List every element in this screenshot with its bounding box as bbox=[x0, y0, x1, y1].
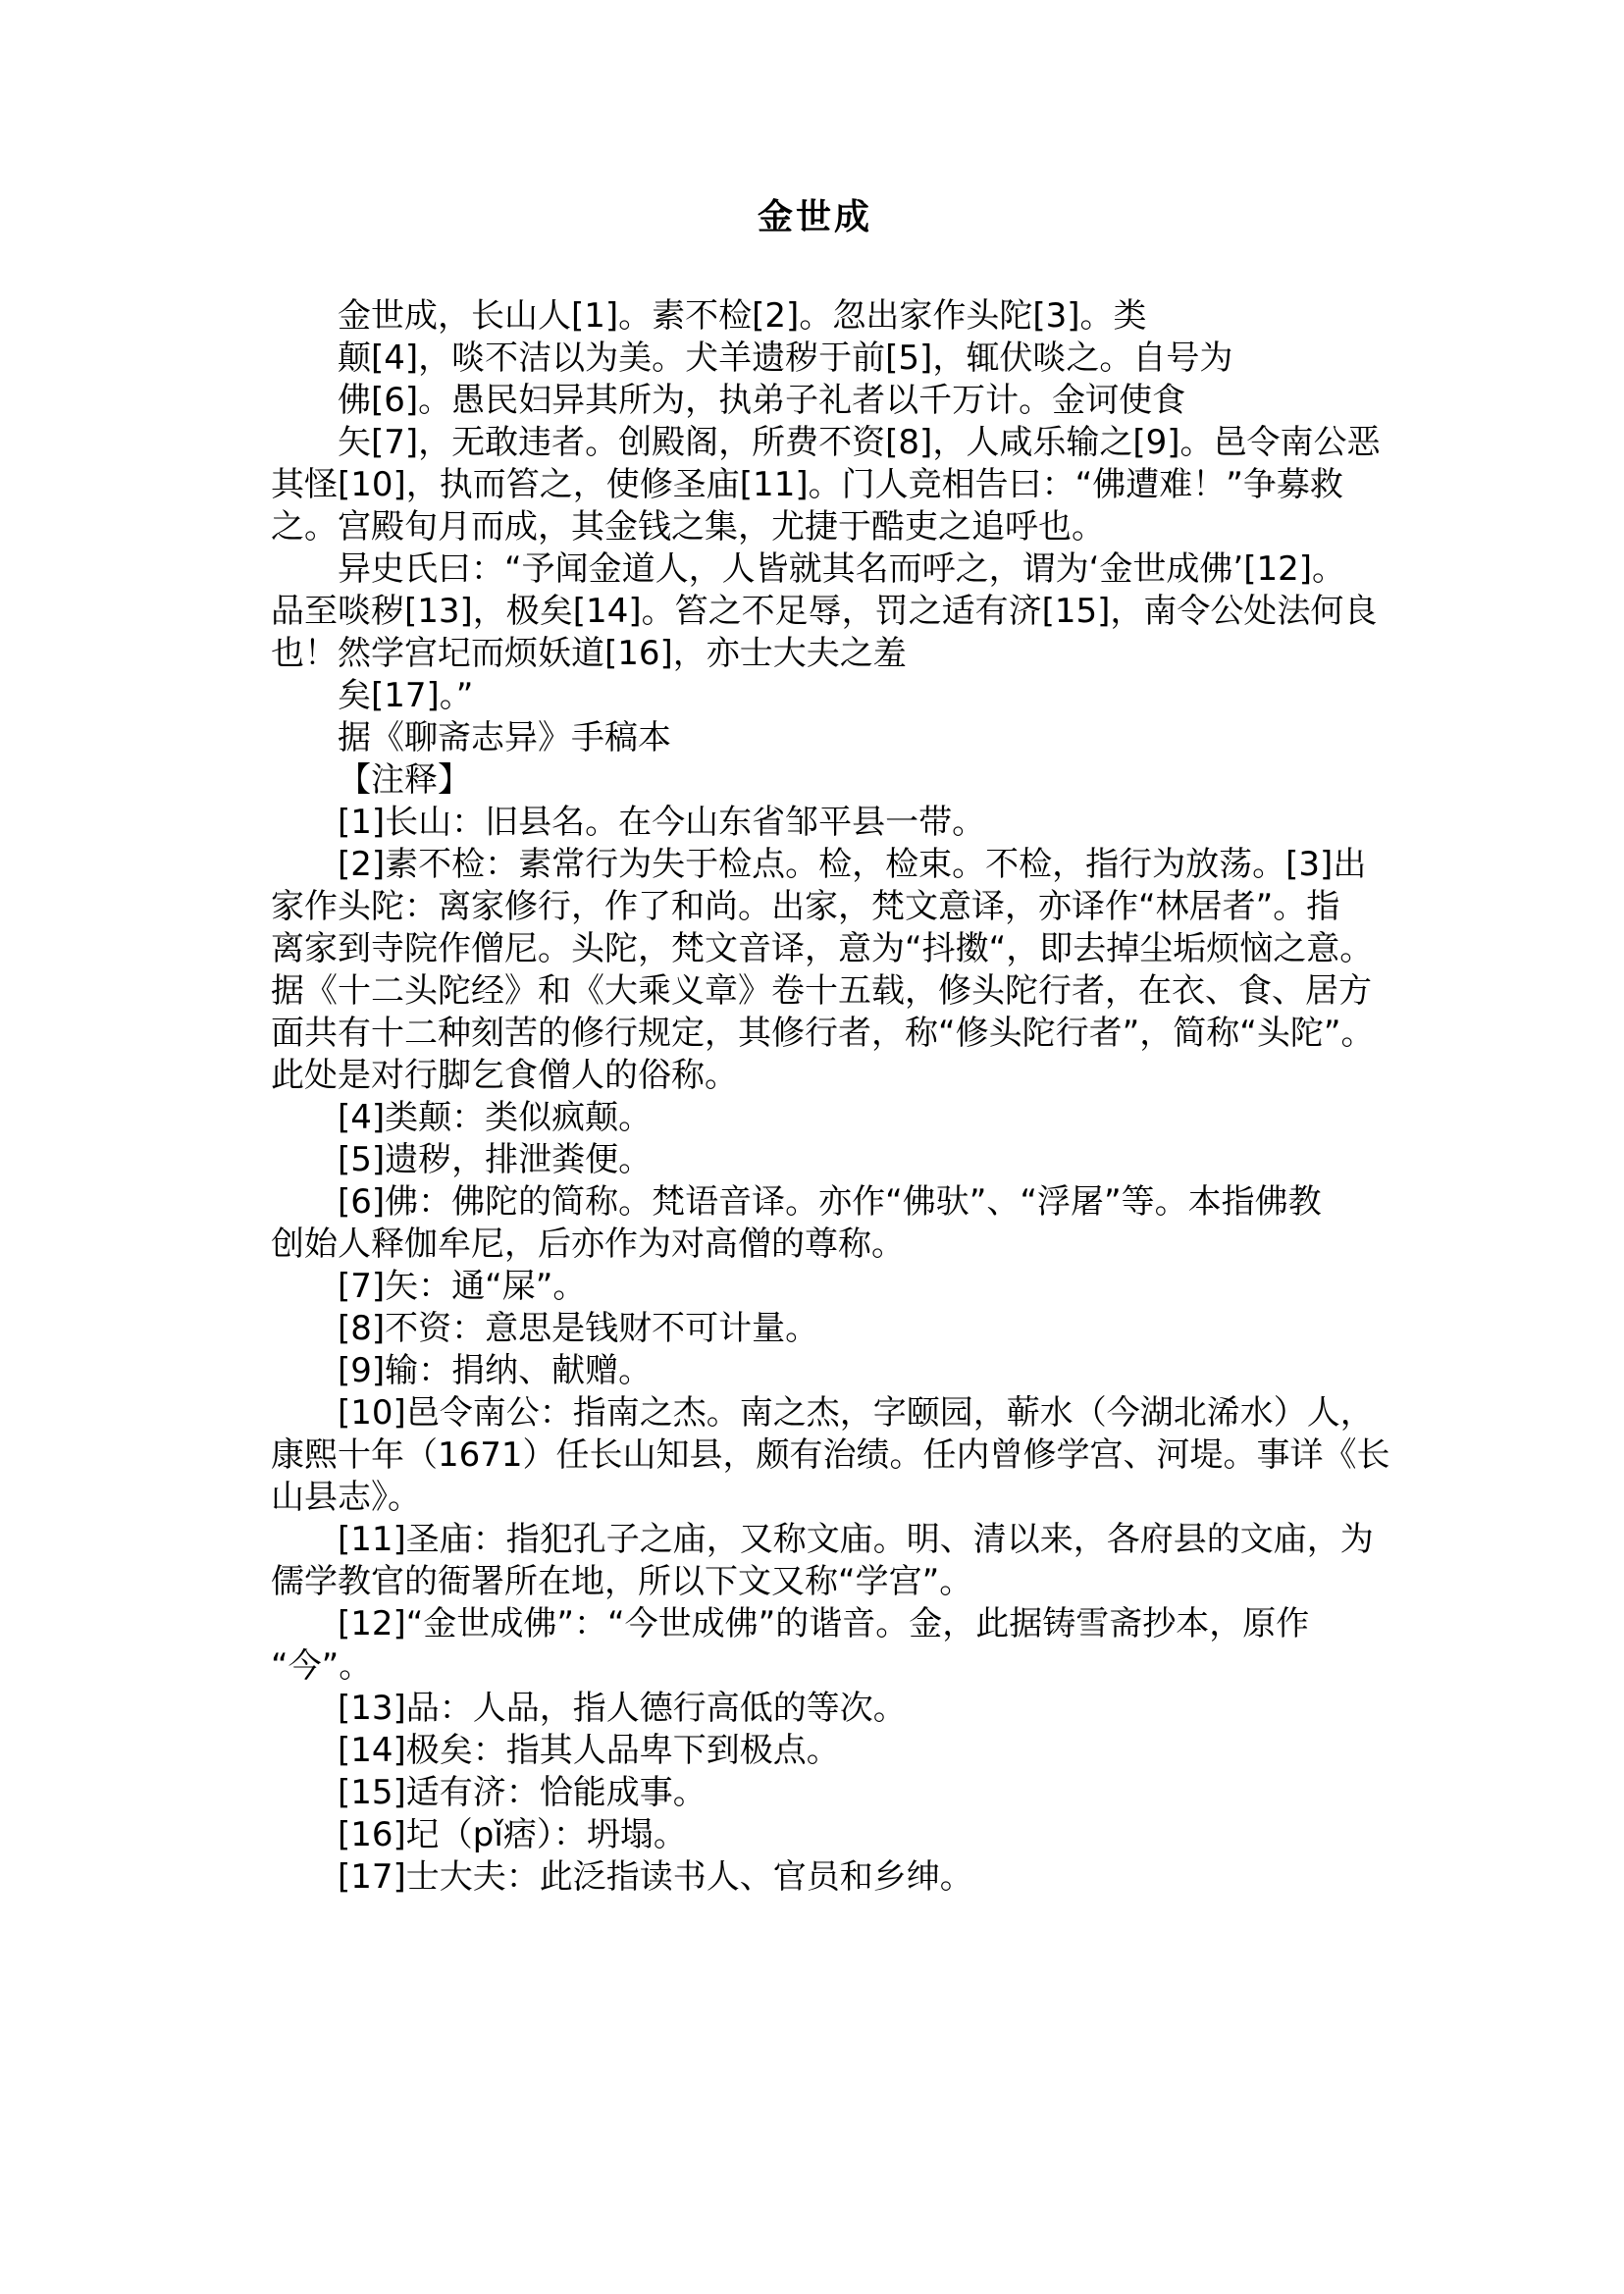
annotation-line: [13]品：人品，指人德行高低的等次。 bbox=[271, 1688, 1359, 1730]
annotation-line: [9]输：捐纳、献赠。 bbox=[271, 1350, 1359, 1392]
text-line: 颠[4]，啖不洁以为美。犬羊遗秽于前[5]，辄伏啖之。自号为 bbox=[271, 338, 1359, 380]
annotation-line: “今”。 bbox=[271, 1645, 1359, 1688]
annotation-line: [14]极矣：指其人品卑下到极点。 bbox=[271, 1730, 1359, 1772]
annotation-line: [7]矢：通“屎”。 bbox=[271, 1266, 1359, 1308]
annotation-line: 此处是对行脚乞食僧人的俗称。 bbox=[271, 1055, 1359, 1097]
annotation-line: 儒学教官的衙署所在地，所以下文又称“学宫”。 bbox=[271, 1561, 1359, 1603]
annotation-line: 面共有十二种刻苦的修行规定，其修行者，称“修头陀行者”，简称“头陀”。 bbox=[271, 1013, 1359, 1055]
annotation-line: [8]不资：意思是钱财不可计量。 bbox=[271, 1308, 1359, 1350]
annotation-line: [15]适有济：恰能成事。 bbox=[271, 1772, 1359, 1814]
annotation-line: [4]类颠：类似疯颠。 bbox=[271, 1097, 1359, 1139]
text-line: 金世成，长山人[1]。素不检[2]。忽出家作头陀[3]。类 bbox=[271, 295, 1359, 338]
annotation-line: 山县志》。 bbox=[271, 1477, 1359, 1519]
text-line: 之。宫殿旬月而成，其金钱之集，尤捷于酷吏之追呼也。 bbox=[271, 506, 1359, 548]
text-line: 异史氏曰：“予闻金道人，人皆就其名而呼之，谓为‘金世成佛’[12]。 bbox=[271, 548, 1359, 591]
text-line: 品至啖秽[13]，极矣[14]。笞之不足辱，罚之适有济[15]，南令公处法何良 bbox=[271, 591, 1359, 633]
text-line: 矢[7]，无敢违者。创殿阁，所费不资[8]，人咸乐输之[9]。邑令南公恶 bbox=[271, 422, 1359, 464]
annotation-line: [16]圮（pǐ痞）：坍塌。 bbox=[271, 1814, 1359, 1856]
annotation-line: 据《十二头陀经》和《大乘义章》卷十五载，修头陀行者，在衣、食、居方 bbox=[271, 970, 1359, 1013]
annotations-header: 【注释】 bbox=[271, 759, 1359, 802]
page-title: 金世成 bbox=[271, 196, 1359, 238]
annotation-line: 离家到寺院作僧尼。头陀，梵文音译，意为“抖擞“，即去掉尘垢烦恼之意。 bbox=[271, 928, 1359, 970]
text-line: 佛[6]。愚民妇异其所为，执弟子礼者以千万计。金诃使食 bbox=[271, 380, 1359, 422]
annotation-line: 家作头陀：离家修行，作了和尚。出家，梵文意译，亦译作“林居者”。指 bbox=[271, 886, 1359, 928]
annotation-line: [10]邑令南公：指南之杰。南之杰，字颐园，蕲水（今湖北浠水）人， bbox=[271, 1392, 1359, 1434]
annotation-line: [11]圣庙：指犯孔子之庙，又称文庙。明、清以来，各府县的文庙，为 bbox=[271, 1519, 1359, 1561]
document-page: 金世成 金世成，长山人[1]。素不检[2]。忽出家作头陀[3]。类 颠[4]，啖… bbox=[0, 0, 1624, 1899]
annotation-line: [2]素不检：素常行为失于检点。检，检束。不检，指行为放荡。[3]出 bbox=[271, 844, 1359, 886]
annotation-line: [6]佛：佛陀的简称。梵语音译。亦作“佛驮”、“浮屠”等。本指佛教 bbox=[271, 1181, 1359, 1224]
annotation-line: 康熙十年（1671）任长山知县，颇有治绩。任内曾修学宫、河堤。事详《长 bbox=[271, 1434, 1359, 1477]
annotation-line: [1]长山：旧县名。在今山东省邹平县一带。 bbox=[271, 802, 1359, 844]
text-line: 矣[17]。” bbox=[271, 675, 1359, 717]
text-line: 其怪[10]，执而笞之，使修圣庙[11]。门人竞相告曰：“佛遭难！”争募救 bbox=[271, 464, 1359, 506]
annotation-line: [17]士大夫：此泛指读书人、官员和乡绅。 bbox=[271, 1856, 1359, 1899]
source-line: 据《聊斋志异》手稿本 bbox=[271, 717, 1359, 759]
text-line: 也！然学宫圮而烦妖道[16]，亦士大夫之羞 bbox=[271, 633, 1359, 675]
annotation-line: [5]遗秽，排泄粪便。 bbox=[271, 1139, 1359, 1181]
annotation-line: [12]“金世成佛”：“今世成佛”的谐音。金，此据铸雪斋抄本，原作 bbox=[271, 1603, 1359, 1645]
annotation-line: 创始人释伽牟尼，后亦作为对高僧的尊称。 bbox=[271, 1224, 1359, 1266]
